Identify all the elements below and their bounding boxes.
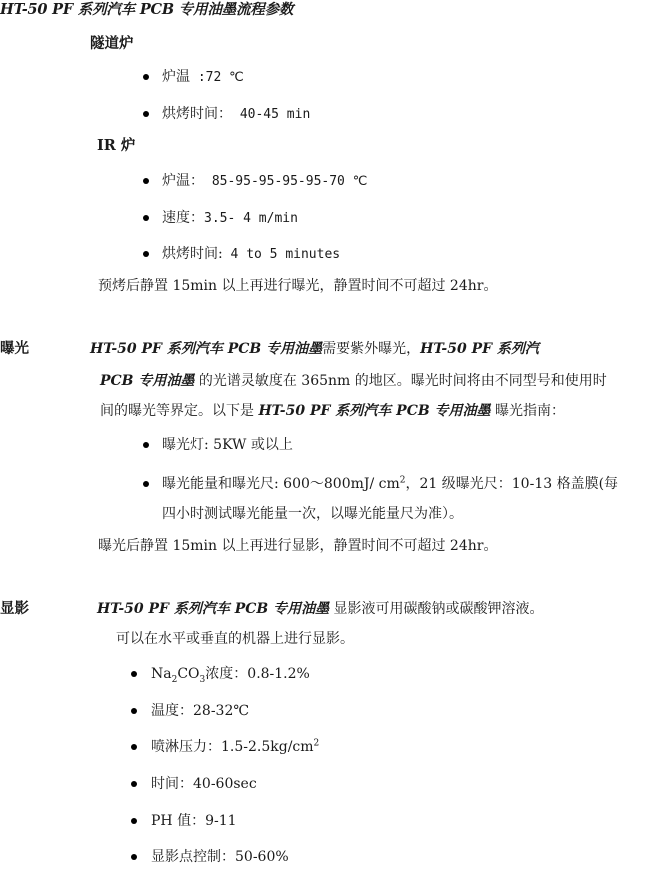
item-label: 炉温 xyxy=(162,69,190,85)
exposure-text: 曝光指南： xyxy=(491,403,565,419)
ir-oven-heading: IR 炉 xyxy=(97,137,135,155)
ir-oven-item: 炉温： 85-95-95-95-95-70 ℃ xyxy=(162,172,367,191)
development-item: 温度：28-32℃ xyxy=(151,702,249,720)
bullet-icon xyxy=(131,781,137,787)
exposure-text: 的光谱灵敏度在 365nm 的地区。曝光时间将由不同型号和使用时 xyxy=(194,373,606,389)
exposure-item: 曝光灯: 5KW 或以上 xyxy=(162,436,293,454)
development-line-2: 可以在水平或垂直的机器上进行显影。 xyxy=(116,630,354,648)
item-label: 烘烤时间: xyxy=(162,246,223,262)
item-value: 4 to 5 minutes xyxy=(223,247,340,262)
exposure-line-1: HT-50 PF 系列汽车 PCB 专用油墨需要紫外曝光，HT-50 PF 系列… xyxy=(90,340,539,358)
item-label: 烘烤时间： xyxy=(162,106,232,122)
exposure-text: 需要紫外曝光， xyxy=(322,341,420,357)
bullet-icon xyxy=(143,111,149,117)
development-item: 显影点控制：50-60% xyxy=(151,848,289,866)
exposure-text: 间的曝光等界定。以下是 xyxy=(100,403,258,419)
document-title: HT-50 PF 系列汽车 PCB 专用油墨流程参数 xyxy=(0,1,293,19)
bullet-icon xyxy=(143,74,149,80)
superscript: 2 xyxy=(314,738,320,748)
development-line-1: HT-50 PF 系列汽车 PCB 专用油墨 显影液可用碳酸钠或碳酸钾溶液。 xyxy=(97,600,544,618)
item-value: 3.5- 4 m/min xyxy=(204,211,298,226)
development-text: 显影液可用碳酸钠或碳酸钾溶液。 xyxy=(329,601,543,617)
product-name: HT-50 PF 系列汽车 PCB 专用油墨 xyxy=(90,341,322,357)
bullet-icon xyxy=(143,215,149,221)
development-item: 时间：40-60sec xyxy=(151,775,257,793)
exposure-note: 曝光后静置 15min 以上再进行显影，静置时间不可超过 24hr。 xyxy=(98,537,497,555)
bullet-icon xyxy=(143,251,149,257)
bullet-icon xyxy=(131,708,137,714)
formula-part: Na xyxy=(151,666,172,682)
bullet-icon xyxy=(143,442,149,448)
ir-oven-item: 烘烤时间: 4 to 5 minutes xyxy=(162,245,340,264)
exposure-line-3: 间的曝光等界定。以下是 HT-50 PF 系列汽车 PCB 专用油墨 曝光指南： xyxy=(100,402,565,420)
item-value: 40-45 min xyxy=(232,107,310,122)
exposure-item: 曝光能量和曝光尺: 600～800mJ/ cm2，21 级曝光尺：10-13 格… xyxy=(162,475,618,493)
item-text: ，21 级曝光尺：10-13 格盖膜(每 xyxy=(406,476,619,492)
tunnel-oven-item: 炉温 :72 ℃ xyxy=(162,68,244,87)
item-label: 炉温： xyxy=(162,173,204,189)
bullet-icon xyxy=(143,178,149,184)
product-name: PCB 专用油墨 xyxy=(100,373,194,389)
item-value: :72 ℃ xyxy=(190,70,244,85)
product-name: HT-50 PF 系列汽车 PCB 专用油墨 xyxy=(97,601,329,617)
bullet-icon xyxy=(131,818,137,824)
bullet-icon xyxy=(143,481,149,487)
ir-oven-item: 速度：3.5- 4 m/min xyxy=(162,209,298,228)
bullet-icon xyxy=(131,671,137,677)
development-item: 喷淋压力：1.5-2.5kg/cm2 xyxy=(151,738,319,756)
development-item: PH 值：9-11 xyxy=(151,812,237,830)
product-name: HT-50 PF 系列汽 xyxy=(420,341,539,357)
ir-oven-note: 预烤后静置 15min 以上再进行曝光，静置时间不可超过 24hr。 xyxy=(98,277,497,295)
tunnel-oven-item: 烘烤时间： 40-45 min xyxy=(162,105,310,124)
bullet-icon xyxy=(131,854,137,860)
tunnel-oven-heading: 隧道炉 xyxy=(90,35,134,53)
item-value: 85-95-95-95-95-70 ℃ xyxy=(204,174,367,189)
development-heading: 显影 xyxy=(0,600,29,618)
exposure-item-cont: 四小时测试曝光能量一次，以曝光能量尺为准）。 xyxy=(162,505,463,523)
formula-part: CO xyxy=(177,666,199,682)
bullet-icon xyxy=(131,744,137,750)
development-item: Na2CO3浓度：0.8-1.2% xyxy=(151,665,310,683)
item-text: 浓度：0.8-1.2% xyxy=(205,666,310,682)
item-text: 曝光能量和曝光尺: 600～800mJ/ cm xyxy=(162,476,400,492)
item-label: 速度： xyxy=(162,210,204,226)
item-text: 喷淋压力：1.5-2.5kg/cm xyxy=(151,739,314,755)
product-name: HT-50 PF 系列汽车 PCB 专用油墨 xyxy=(258,403,490,419)
exposure-line-2: PCB 专用油墨 的光谱灵敏度在 365nm 的地区。曝光时间将由不同型号和使用… xyxy=(100,372,607,390)
exposure-heading: 曝光 xyxy=(0,340,29,358)
